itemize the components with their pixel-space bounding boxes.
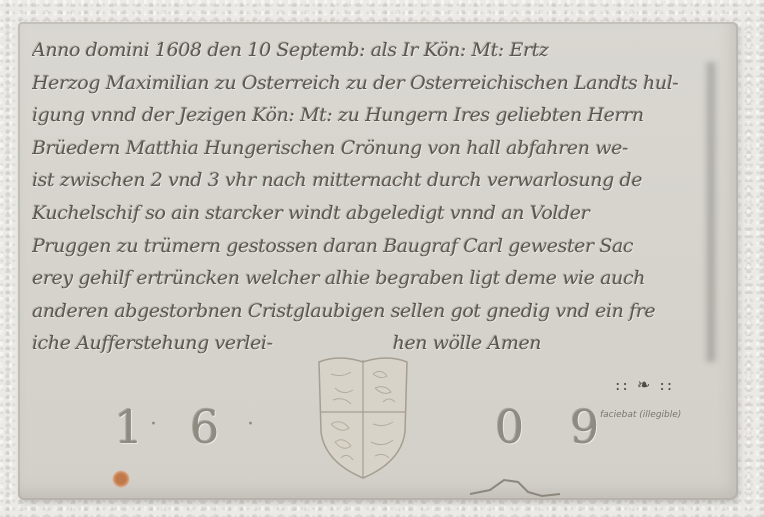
year-separator: ·	[247, 412, 254, 437]
inscription-line-6: Kuchelschif so ain starcker windt abgele…	[32, 197, 732, 230]
inscription-line-7: Pruggen zu trümern gestossen daran Baugr…	[32, 230, 732, 263]
year-digit-0: 0	[495, 400, 524, 454]
inscription-line-2: Herzog Maximilian zu Osterreich zu der O…	[32, 67, 732, 100]
inscription: Anno domini 1608 den 10 Septemb: als Ir …	[32, 34, 732, 360]
inscription-line-3: igung vnnd der Jezigen Kön: Mt: zu Hunge…	[32, 99, 732, 132]
year-digit-9: 9	[570, 400, 599, 454]
inscription-line-4: Brüedern Matthia Hungerischen Crönung vo…	[32, 132, 732, 165]
stone-crack-icon	[470, 476, 560, 498]
inscription-line-9: anderen abgestorbnen Cristglaubigen sell…	[32, 295, 732, 328]
flourish-ornament-icon: :: ❧ ::	[615, 375, 674, 394]
inscription-line-1: Anno domini 1608 den 10 Septemb: als Ir …	[32, 34, 732, 67]
carver-signature: faciebat (illegible)	[600, 410, 681, 420]
inscription-line-10-left: iche Aufferstehung verlei-	[32, 332, 273, 354]
inscription-line-5: ist zwischen 2 vnd 3 vhr nach mitternach…	[32, 164, 732, 197]
inscription-line-8: erey gehilf ertrüncken welcher alhie beg…	[32, 262, 732, 295]
year-digit-6: 6	[190, 400, 219, 454]
inscription-line-10-right: hen wölle Amen	[393, 332, 542, 354]
year-separator: ·	[150, 412, 157, 437]
rust-spot	[112, 470, 130, 488]
coat-of-arms-shield-icon	[313, 352, 413, 480]
year-digit-1: 1	[114, 400, 143, 454]
